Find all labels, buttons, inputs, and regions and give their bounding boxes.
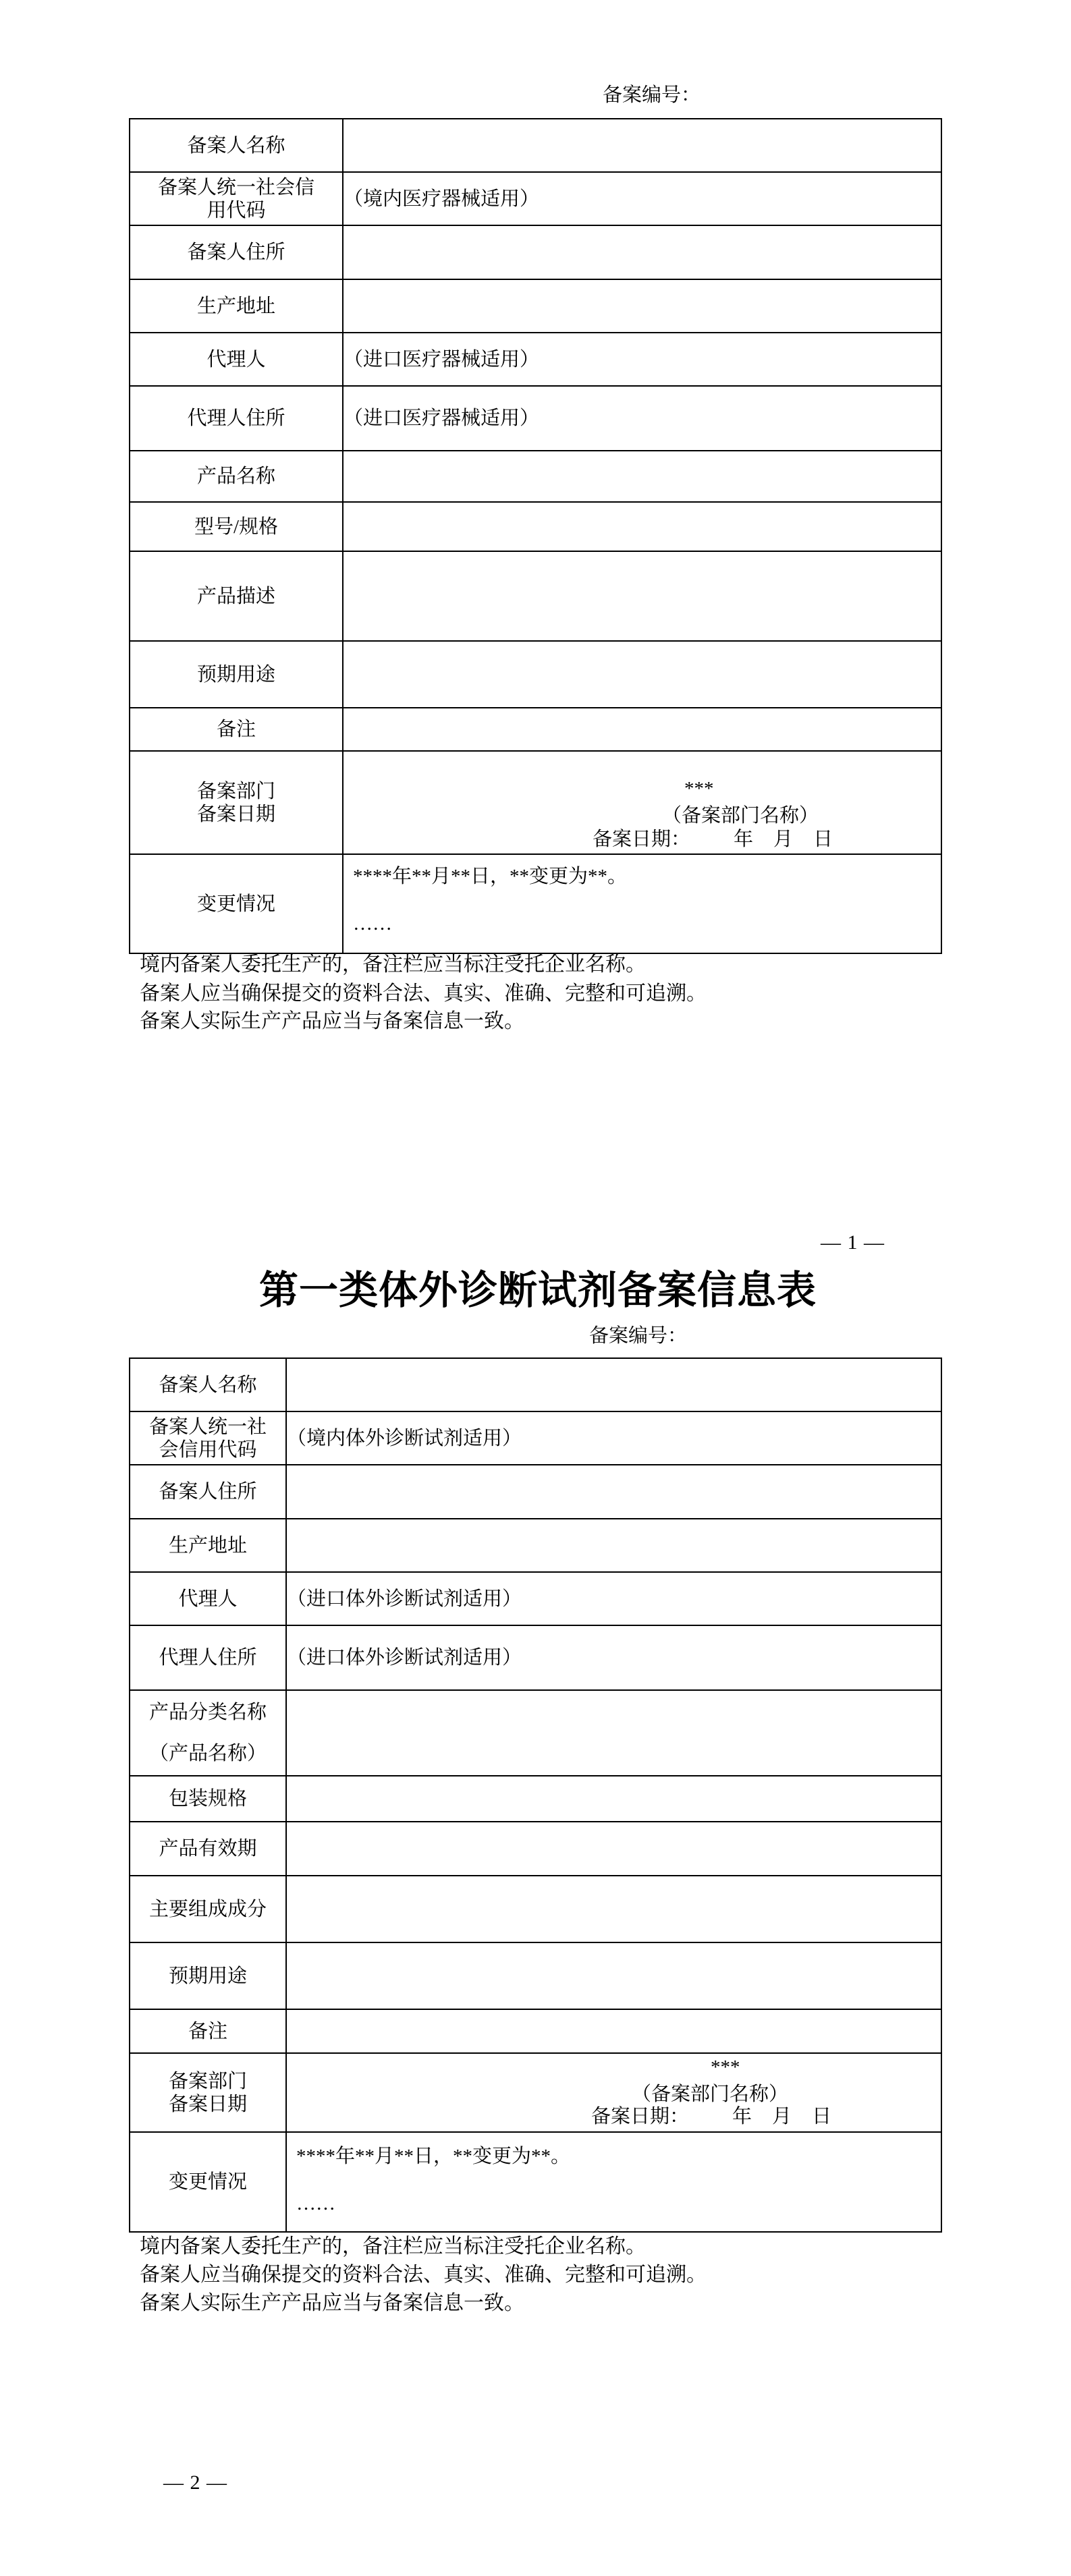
- table-row: 备案人名称: [130, 1358, 941, 1411]
- table-row: 包装规格: [130, 1776, 941, 1822]
- agent-field[interactable]: （进口医疗器械适用）: [343, 333, 941, 386]
- intended-use-field[interactable]: [343, 641, 941, 708]
- agent-address-field[interactable]: （进口体外诊断试剂适用）: [286, 1625, 941, 1690]
- table-row: 备案人名称: [130, 119, 941, 172]
- field-label: 变更情况: [130, 2132, 286, 2232]
- field-label: 包装规格: [130, 1776, 286, 1822]
- change-ellipsis: ……: [353, 913, 392, 934]
- page-number: — 1 —: [821, 1232, 885, 1254]
- field-label: 产品分类名称（产品名称）: [130, 1690, 286, 1776]
- agent-field[interactable]: （进口体外诊断试剂适用）: [286, 1572, 941, 1625]
- remarks-field[interactable]: [343, 708, 941, 751]
- table-row: 备注: [130, 2009, 941, 2053]
- table-row: 备案部门备案日期 *** （备案部门名称） 备案日期：年月日: [130, 751, 941, 854]
- field-label: 备案部门备案日期: [130, 751, 343, 854]
- field-label: 备案人名称: [130, 1358, 286, 1411]
- credit-code-field[interactable]: （境内体外诊断试剂适用）: [286, 1411, 941, 1465]
- field-label: 备注: [130, 2009, 286, 2053]
- filer-name-field[interactable]: [286, 1358, 941, 1411]
- product-category-name-field[interactable]: [286, 1690, 941, 1776]
- department-name-placeholder: （备案部门名称）: [632, 2083, 788, 2105]
- change-entry: ****年**月**日，**变更为**。: [353, 866, 627, 887]
- product-name-field[interactable]: [343, 451, 941, 502]
- table-row: 生产地址: [130, 279, 941, 333]
- main-components-field[interactable]: [286, 1876, 941, 1942]
- table-row: 变更情况 ****年**月**日，**变更为**。 ……: [130, 2132, 941, 2232]
- field-label: 变更情况: [130, 854, 343, 953]
- field-label: 备案人统一社会信用代码: [130, 1411, 286, 1465]
- table-row: 产品有效期: [130, 1822, 941, 1876]
- field-label: 备案人统一社会信用代码: [130, 172, 343, 225]
- field-label: 备案人住所: [130, 225, 343, 279]
- field-label: 产品有效期: [130, 1822, 286, 1876]
- field-label: 代理人住所: [130, 1625, 286, 1690]
- field-label: 主要组成成分: [130, 1876, 286, 1942]
- table-row: 预期用途: [130, 641, 941, 708]
- note-line: 境内备案人委托生产的，备注栏应当标注受托企业名称。: [140, 953, 646, 976]
- credit-code-field[interactable]: （境内医疗器械适用）: [343, 172, 941, 225]
- ivd-filing-table: 备案人名称 备案人统一社会信用代码 （境内体外诊断试剂适用） 备案人住所 生产地…: [129, 1357, 942, 2233]
- table-row: 产品分类名称（产品名称）: [130, 1690, 941, 1776]
- field-label: 备注: [130, 708, 343, 751]
- field-label: 代理人住所: [130, 386, 343, 451]
- field-label: 代理人: [130, 1572, 286, 1625]
- table-row: 备案人统一社会信用代码 （境内体外诊断试剂适用）: [130, 1411, 941, 1465]
- field-label: 型号/规格: [130, 502, 343, 551]
- field-label: 预期用途: [130, 641, 343, 708]
- production-address-field[interactable]: [343, 279, 941, 333]
- field-label: 产品描述: [130, 551, 343, 641]
- field-label: 备案人住所: [130, 1465, 286, 1519]
- field-label: 产品名称: [130, 451, 343, 502]
- table-row: 变更情况 ****年**月**日，**变更为**。 ……: [130, 854, 941, 953]
- agent-address-field[interactable]: （进口医疗器械适用）: [343, 386, 941, 451]
- field-label: 备案部门备案日期: [130, 2053, 286, 2132]
- field-label: 备案人名称: [130, 119, 343, 172]
- change-history-cell[interactable]: ****年**月**日，**变更为**。 ……: [286, 2132, 941, 2232]
- filer-address-field[interactable]: [286, 1465, 941, 1519]
- table-row: 型号/规格: [130, 502, 941, 551]
- remarks-field[interactable]: [286, 2009, 941, 2053]
- filing-department-cell: *** （备案部门名称） 备案日期：年月日: [343, 751, 941, 854]
- table-row: 备案人住所: [130, 1465, 941, 1519]
- model-spec-field[interactable]: [343, 502, 941, 551]
- note-line: 备案人应当确保提交的资料合法、真实、准确、完整和可追溯。: [140, 2264, 707, 2287]
- table-row: 代理人住所 （进口体外诊断试剂适用）: [130, 1625, 941, 1690]
- filing-department-cell: *** （备案部门名称） 备案日期：年月日: [286, 2053, 941, 2132]
- table-row: 代理人 （进口医疗器械适用）: [130, 333, 941, 386]
- change-entry: ****年**月**日，**变更为**。: [296, 2146, 570, 2167]
- field-label: 代理人: [130, 333, 343, 386]
- note-line: 备案人实际生产产品应当与备案信息一致。: [140, 1010, 524, 1033]
- table-row: 备案人住所: [130, 225, 941, 279]
- table-row: 备注: [130, 708, 941, 751]
- filing-number-label: 备案编号：: [603, 84, 701, 106]
- filing-date-line: 备案日期：年月日: [591, 2106, 831, 2127]
- table-row: 预期用途: [130, 1942, 941, 2009]
- field-label: 预期用途: [130, 1942, 286, 2009]
- filing-date-line: 备案日期：年月日: [593, 829, 833, 850]
- filing-number-label: 备案编号：: [589, 1325, 687, 1347]
- page-number: — 2 —: [163, 2472, 227, 2494]
- note-line: 境内备案人委托生产的，备注栏应当标注受托企业名称。: [140, 2235, 646, 2258]
- production-address-field[interactable]: [286, 1519, 941, 1572]
- department-stars: ***: [684, 778, 714, 800]
- table-row: 产品描述: [130, 551, 941, 641]
- department-stars: ***: [711, 2056, 740, 2078]
- filer-name-field[interactable]: [343, 119, 941, 172]
- change-ellipsis: ……: [296, 2193, 335, 2214]
- device-filing-table: 备案人名称 备案人统一社会信用代码 （境内医疗器械适用） 备案人住所 生产地址 …: [129, 118, 942, 954]
- table-row: 产品名称: [130, 451, 941, 502]
- note-line: 备案人应当确保提交的资料合法、真实、准确、完整和可追溯。: [140, 982, 707, 1005]
- page-title: 第一类体外诊断试剂备案信息表: [259, 1268, 817, 1312]
- product-description-field[interactable]: [343, 551, 941, 641]
- package-spec-field[interactable]: [286, 1776, 941, 1822]
- table-row: 代理人 （进口体外诊断试剂适用）: [130, 1572, 941, 1625]
- filer-address-field[interactable]: [343, 225, 941, 279]
- field-label: 生产地址: [130, 279, 343, 333]
- department-name-placeholder: （备案部门名称）: [662, 805, 819, 827]
- table-row: 备案人统一社会信用代码 （境内医疗器械适用）: [130, 172, 941, 225]
- table-row: 备案部门备案日期 *** （备案部门名称） 备案日期：年月日: [130, 2053, 941, 2132]
- shelf-life-field[interactable]: [286, 1822, 941, 1876]
- table-row: 代理人住所 （进口医疗器械适用）: [130, 386, 941, 451]
- field-label: 生产地址: [130, 1519, 286, 1572]
- intended-use-field[interactable]: [286, 1942, 941, 2009]
- note-line: 备案人实际生产产品应当与备案信息一致。: [140, 2292, 524, 2315]
- change-history-cell[interactable]: ****年**月**日，**变更为**。 ……: [343, 854, 941, 953]
- table-row: 生产地址: [130, 1519, 941, 1572]
- table-row: 主要组成成分: [130, 1876, 941, 1942]
